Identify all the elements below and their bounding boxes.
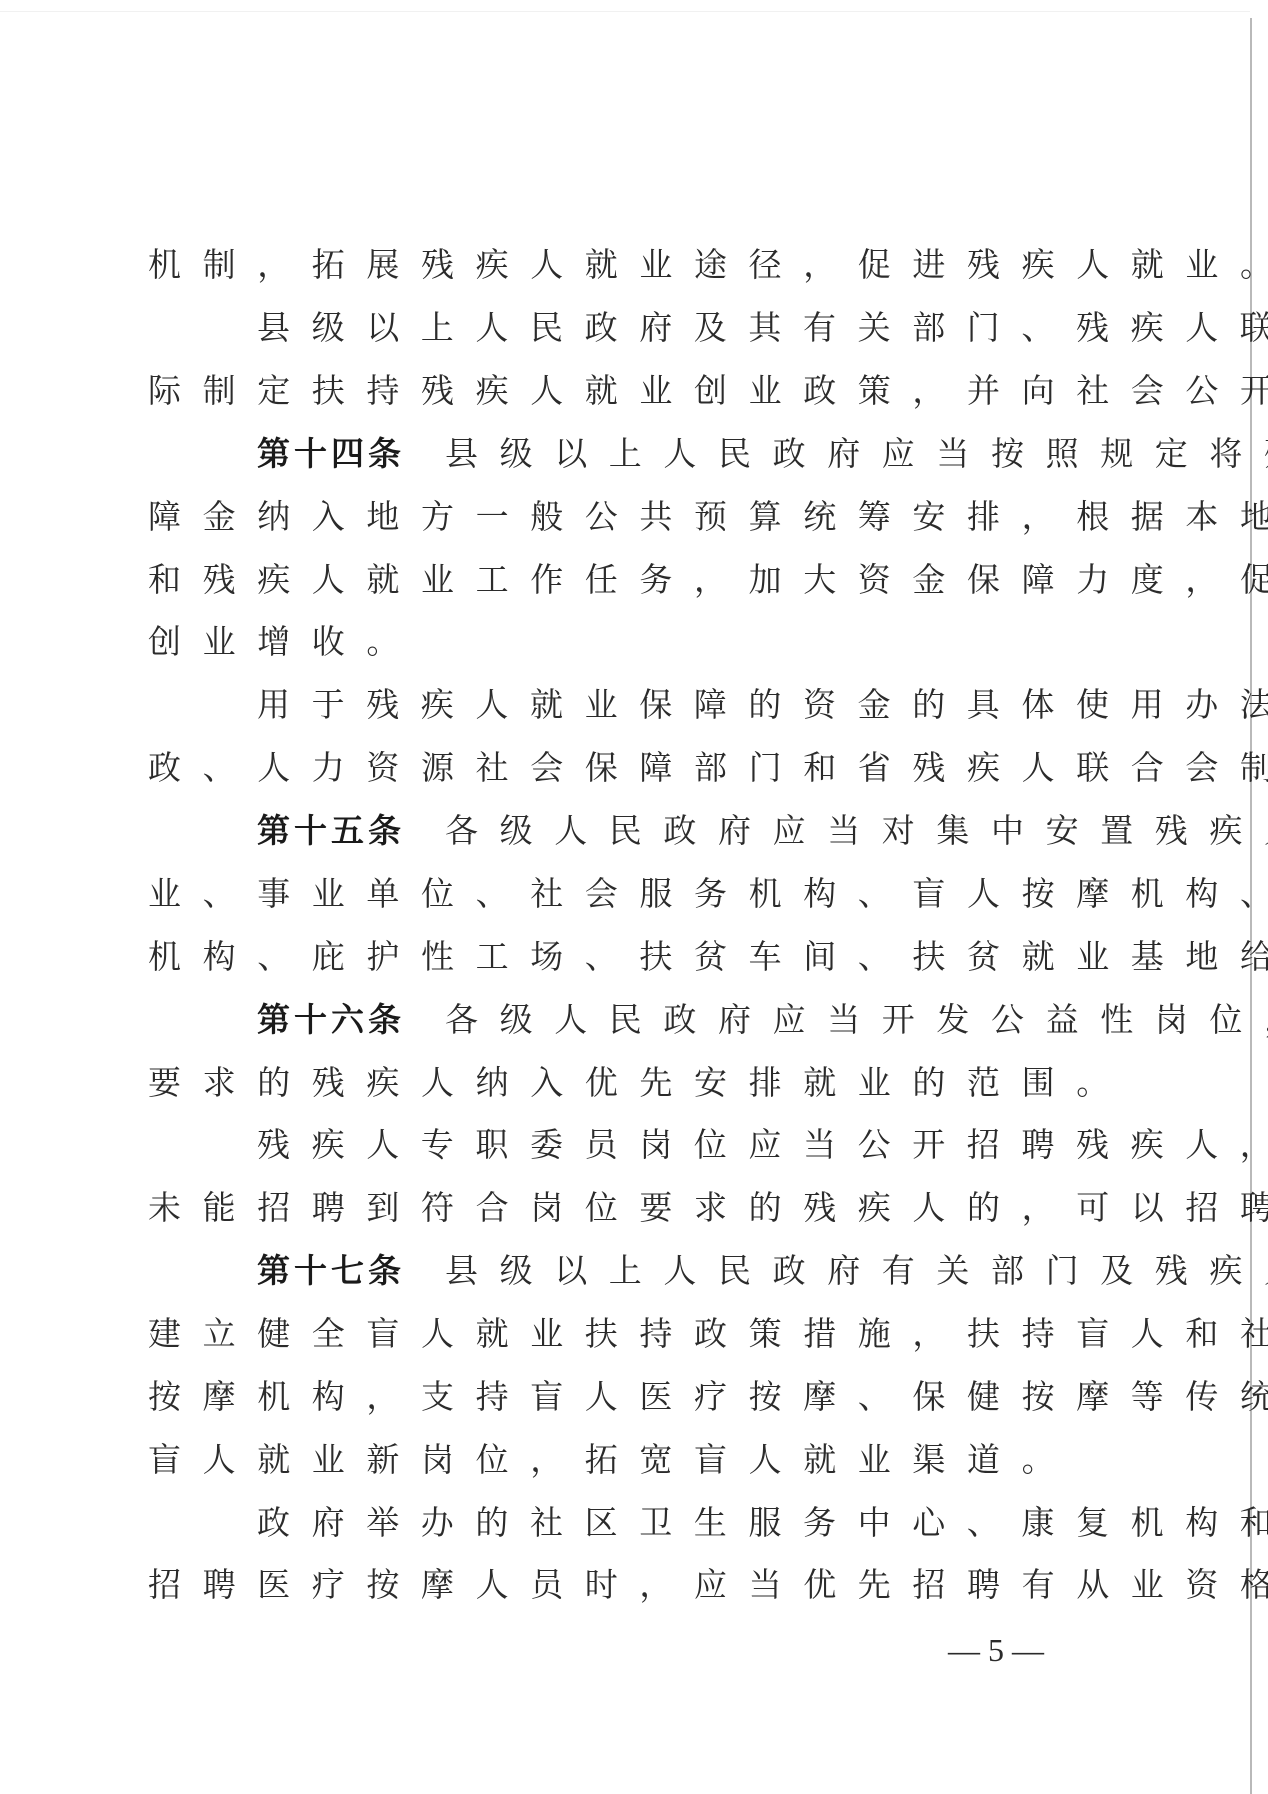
line-text: 障金纳入地方一般公共预算统筹安排，根据本地残疾人就业状况: [148, 497, 1268, 536]
text-line: 按摩机构，支持盲人医疗按摩、保健按摩等传统项目发展，开发: [148, 1377, 1088, 1417]
line-text: 用于残疾人就业保障的资金的具体使用办法由省人民政府财: [257, 685, 1268, 724]
text-line: 业、事业单位、社会服务机构、盲人按摩机构、工疗机构、农疗: [148, 874, 1088, 914]
line-text: 各级人民政府应当开发公益性岗位，将符合岗位: [445, 1000, 1268, 1039]
text-line: 创业增收。: [148, 622, 1088, 662]
text-line: 机构、庇护性工场、扶贫车间、扶贫就业基地给予重点扶持。: [148, 937, 1088, 977]
line-text: 和残疾人就业工作任务，加大资金保障力度，促进残疾人就业、: [148, 560, 1268, 599]
text-line: 未能招聘到符合岗位要求的残疾人的，可以招聘残疾人亲属。: [148, 1188, 1088, 1228]
line-text: 机制，拓展残疾人就业途径，促进残疾人就业。: [148, 245, 1268, 284]
line-text: 要求的残疾人纳入优先安排就业的范围。: [148, 1063, 1131, 1102]
page-number: — 5 —: [948, 1630, 1044, 1670]
line-text: 按摩机构，支持盲人医疗按摩、保健按摩等传统项目发展，开发: [148, 1377, 1268, 1416]
text-line: 障金纳入地方一般公共预算统筹安排，根据本地残疾人就业状况: [148, 497, 1088, 537]
article-title: 第十六条: [257, 1000, 405, 1039]
line-text: 未能招聘到符合岗位要求的残疾人的，可以招聘残疾人亲属。: [148, 1188, 1268, 1227]
paragraph-start-line: 政府举办的社区卫生服务中心、康复机构和敬老院等机构在: [257, 1503, 1197, 1543]
line-text: 县级以上人民政府及其有关部门、残疾人联合会应当结合实: [257, 308, 1268, 347]
line-text: 政府举办的社区卫生服务中心、康复机构和敬老院等机构在: [257, 1503, 1268, 1542]
line-text: 盲人就业新岗位，拓宽盲人就业渠道。: [148, 1440, 1076, 1479]
line-text: 县级以上人民政府应当按照规定将残疾人就业保: [445, 434, 1268, 473]
line-text: 创业增收。: [148, 622, 421, 661]
article-title: 第十五条: [257, 811, 405, 850]
text-line: 和残疾人就业工作任务，加大资金保障力度，促进残疾人就业、: [148, 560, 1088, 600]
text-line: 招聘医疗按摩人员时，应当优先招聘有从业资格的盲人医疗按摩: [148, 1565, 1088, 1605]
line-text: 业、事业单位、社会服务机构、盲人按摩机构、工疗机构、农疗: [148, 874, 1268, 913]
article-title: 第十四条: [257, 434, 405, 473]
line-text: 建立健全盲人就业扶持政策措施，扶持盲人和社会力量开办盲人: [148, 1314, 1268, 1353]
text-line: 际制定扶持残疾人就业创业政策，并向社会公开。: [148, 371, 1088, 411]
paragraph-start-line: 用于残疾人就业保障的资金的具体使用办法由省人民政府财: [257, 685, 1197, 725]
text-line: 要求的残疾人纳入优先安排就业的范围。: [148, 1063, 1088, 1103]
line-text: 际制定扶持残疾人就业创业政策，并向社会公开。: [148, 371, 1268, 410]
article-15-line: 第十五条各级人民政府应当对集中安置残疾人就业的企: [257, 811, 1197, 851]
text-line: 盲人就业新岗位，拓宽盲人就业渠道。: [148, 1440, 1088, 1480]
paragraph-start-line: 残疾人专职委员岗位应当公开招聘残疾人，应聘时间截止后: [257, 1125, 1197, 1165]
line-text: 各级人民政府应当对集中安置残疾人就业的企: [445, 811, 1268, 850]
paragraph-start-line: 县级以上人民政府及其有关部门、残疾人联合会应当结合实: [257, 308, 1197, 348]
line-text: 残疾人专职委员岗位应当公开招聘残疾人，应聘时间截止后: [257, 1125, 1268, 1164]
scan-edge-top: [0, 11, 1250, 12]
article-17-line: 第十七条县级以上人民政府有关部门及残疾人联合会应当: [257, 1251, 1197, 1291]
line-text: 招聘医疗按摩人员时，应当优先招聘有从业资格的盲人医疗按摩: [148, 1565, 1268, 1604]
text-line: 建立健全盲人就业扶持政策措施，扶持盲人和社会力量开办盲人: [148, 1314, 1088, 1354]
line-text: 县级以上人民政府有关部门及残疾人联合会应当: [445, 1251, 1268, 1290]
line-text: 政、人力资源社会保障部门和省残疾人联合会制定。: [148, 748, 1268, 787]
line-text: 机构、庇护性工场、扶贫车间、扶贫就业基地给予重点扶持。: [148, 937, 1268, 976]
text-line: 政、人力资源社会保障部门和省残疾人联合会制定。: [148, 748, 1088, 788]
article-16-line: 第十六条各级人民政府应当开发公益性岗位，将符合岗位: [257, 1000, 1197, 1040]
article-14-line: 第十四条县级以上人民政府应当按照规定将残疾人就业保: [257, 434, 1197, 474]
article-title: 第十七条: [257, 1251, 405, 1290]
document-page: 机制，拓展残疾人就业途径，促进残疾人就业。 县级以上人民政府及其有关部门、残疾人…: [0, 0, 1268, 1794]
text-line: 机制，拓展残疾人就业途径，促进残疾人就业。: [148, 245, 1088, 285]
